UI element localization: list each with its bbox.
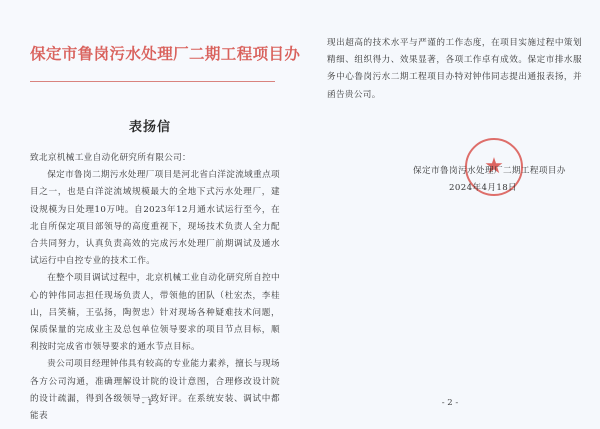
paragraph-1: 保定市鲁岗二期污水处理厂项目是河北省白洋淀流域重点项目之一，也是白洋淀流域规模最… bbox=[30, 167, 280, 270]
document-title: 表扬信 bbox=[0, 116, 300, 135]
signature-block: 保定市鲁岗污水处理厂二期工程项目办 2024年4月18日 bbox=[413, 163, 566, 197]
signature-organization: 保定市鲁岗污水处理厂二期工程项目办 bbox=[413, 163, 566, 180]
paragraph-continued: 现出超高的技术水平与严谨的工作态度，在项目实施过程中策划精细、组织得力、效果显著… bbox=[327, 35, 582, 104]
paragraph-2: 在整个项目调试过程中，北京机械工业自动化研究所自控中心的钟伟同志担任现场负责人，… bbox=[30, 270, 280, 356]
salutation: 致北京机械工业自动化研究所有限公司： bbox=[30, 150, 280, 167]
paragraph-3: 贵公司项目经理钟伟具有较高的专业能力素养，擅长与现场各方公司沟通，准确理解设计院… bbox=[30, 356, 280, 425]
letter-body-page-2: 现出超高的技术水平与严谨的工作态度，在项目实施过程中策划精细、组织得力、效果显著… bbox=[327, 35, 582, 104]
letterhead-title: 保定市鲁岗污水处理厂二期工程项目办 bbox=[30, 42, 280, 64]
page-number-2: - 2 - bbox=[300, 398, 600, 408]
letter-body-page-1: 致北京机械工业自动化研究所有限公司： 保定市鲁岗二期污水处理厂项目是河北省白洋淀… bbox=[30, 150, 280, 425]
document-page-2: 现出超高的技术水平与严谨的工作态度，在项目实施过程中策划精细、组织得力、效果显著… bbox=[300, 0, 600, 429]
page-number-1: - 1 - bbox=[0, 398, 300, 408]
signature-date: 2024年4月18日 bbox=[413, 180, 566, 197]
document-page-1: 保定市鲁岗污水处理厂二期工程项目办 表扬信 致北京机械工业自动化研究所有限公司：… bbox=[0, 0, 300, 429]
letterhead-divider bbox=[30, 81, 275, 82]
